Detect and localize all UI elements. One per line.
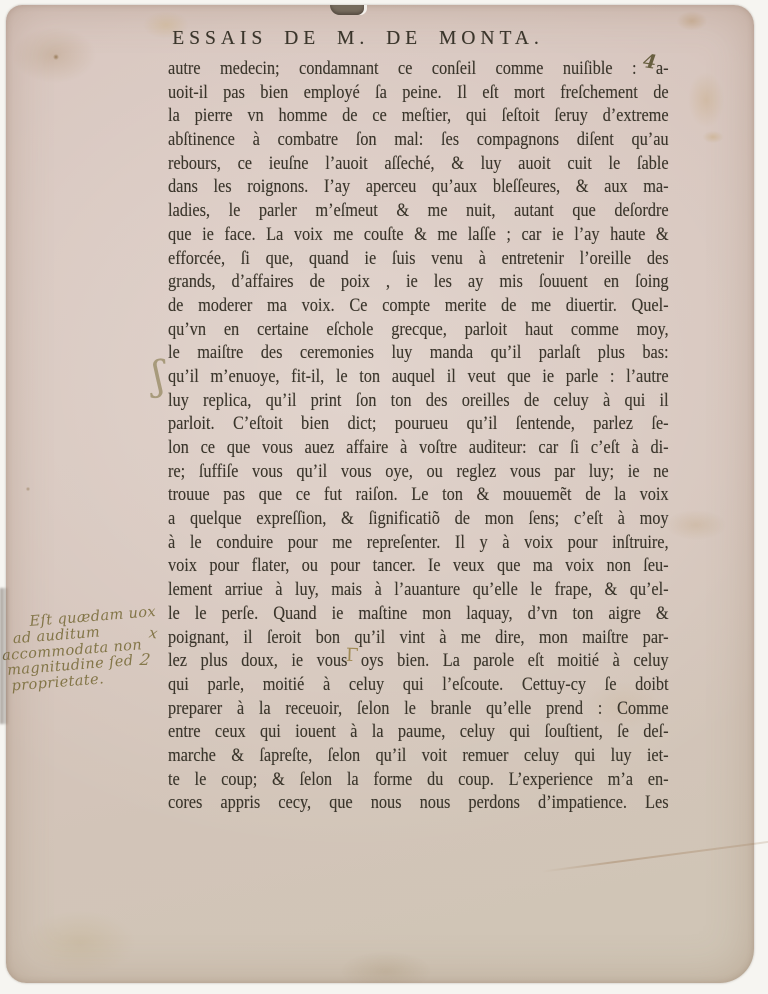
printed-text-line: poignant, il ſeroit bon qu’il vint à me … [168, 626, 669, 650]
running-title: ESSAIS DE M. DE MONTA. [6, 28, 710, 50]
paper-crease [542, 839, 768, 872]
printed-text-line: efforcée, ſi que, quand ie ſuis venu à e… [168, 247, 669, 271]
printed-text-line: qu’il m’enuoye, fit-il, le ton auquel il… [168, 365, 669, 389]
printed-text-line: parloit. C’eſtoit bien dict; pourueu qu’… [168, 412, 669, 436]
printed-text-line: lez plus doux, ie vous oys bien. La paro… [168, 649, 669, 673]
printed-text-line: le le perſe. Quand ie maſtine mon laquay… [168, 602, 669, 626]
book-page: ESSAIS DE M. DE MONTA. autre medecin; co… [6, 5, 754, 983]
insertion-mark: Γ [346, 645, 359, 666]
printed-text-line: la pierre vn homme de ce meſtier, qui ſe… [168, 104, 669, 128]
printed-text-line: qui parle, moitié à celuy qui l’eſcoute.… [168, 673, 669, 697]
printed-text-line: que ie face. La voix me couſte & me laſſ… [168, 223, 669, 247]
printed-text-line: rebours, ce ieuſne l’auoit aſſeché, & lu… [168, 152, 669, 176]
scan-photo-background: ESSAIS DE M. DE MONTA. autre medecin; co… [0, 0, 768, 994]
binding-edge-shadow [0, 588, 9, 724]
printed-text-line: dans les roignons. I’ay aperceu qu’aux b… [168, 175, 669, 199]
printed-text-line: à le conduire pour me repreſenter. Il y … [168, 531, 669, 555]
printed-text-line: uoit-il pas bien employé ſa peine. Il eſ… [168, 81, 669, 105]
printed-text-line: lement arriue à luy, mais à l’auanture q… [168, 578, 669, 602]
paper-tear-notch [330, 5, 364, 15]
printed-text-line: qu’vn en certaine eſchole grecque, parlo… [168, 318, 669, 342]
printed-text-line: preparer à la receuoir, ſelon le branle … [168, 697, 669, 721]
printed-text-line: cores appris cecy, que nous nous perdons… [168, 791, 669, 815]
body-text-block: autre medecin; condamnant ce conſeil com… [168, 57, 669, 815]
printed-text-line: re; ſuffiſe vous qu’il vous oye, ou regl… [168, 460, 669, 484]
printed-text-line: abſtinence à combatre ſon mal: ſes compa… [168, 128, 669, 152]
printed-text-line: a quelque expreſſion, & ſignificatiõ de … [168, 507, 669, 531]
printed-text-line: marche & ſapreſte, ſelon qu’il voit remu… [168, 744, 669, 768]
margin-flourish-mark: ʃ [151, 353, 165, 400]
printed-text-line: le maiſtre des ceremonies luy manda qu’i… [168, 341, 669, 365]
printed-text-line: voix pour flater, ou pour tancer. Ie veu… [168, 554, 669, 578]
printed-text-line: te le coup; & ſelon la forme du coup. L’… [168, 768, 669, 792]
printed-text-line: lon ce que vous auez affaire à voſtre au… [168, 436, 669, 460]
printed-text-line: trouue pas que ce fut raiſon. Le ton & m… [168, 483, 669, 507]
printed-text-line: de moderer ma voix. Ce compte merite de … [168, 294, 669, 318]
printed-text-line: grands, d’affaires de poix , ie les ay m… [168, 270, 669, 294]
handwritten-margin-note: Eſt quædam uoxad auditumaccommodata nonm… [0, 605, 163, 696]
printed-text-line: luy replica, qu’il print ſon ton des ore… [168, 389, 669, 413]
printed-text-line: entre ceux qui iouent à la paume, celuy … [168, 720, 669, 744]
printed-text-line: autre medecin; condamnant ce conſeil com… [168, 57, 669, 81]
printed-text-line: ladies, le parler m’eſmeut & me nuit, au… [168, 199, 669, 223]
